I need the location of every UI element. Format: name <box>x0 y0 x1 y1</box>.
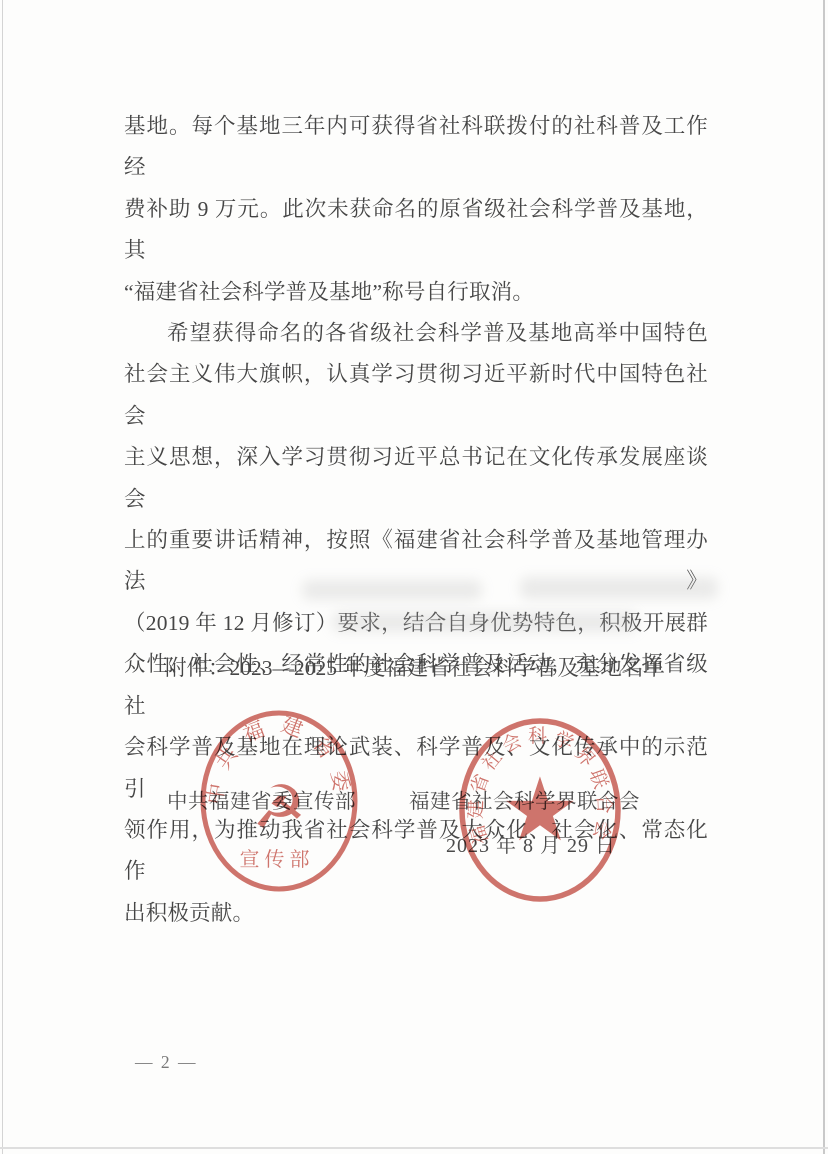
body-line: 希望获得命名的各省级社会科学普及基地高举中国特色 <box>124 313 708 354</box>
body-line: 主义思想，深入学习贯彻习近平总书记在文化传承发展座谈会 <box>124 437 708 520</box>
official-seal-left: 中共福建省委 ☭ 宣传部 <box>184 706 374 896</box>
seal-left-bottom-text: 宣传部 <box>240 848 315 871</box>
official-seal-right: 福建省社会科学界联合会 ★ <box>442 712 638 908</box>
star-icon: ★ <box>501 758 580 861</box>
scan-edge-line-right <box>823 0 825 1154</box>
page-number: — 2 — <box>135 1052 198 1073</box>
scan-edge-line-left <box>2 0 3 1154</box>
body-line: 费补助 9 万元。此次未获命名的原省级社会科学普及基地，其 <box>124 189 708 272</box>
bleed-through-artifact <box>332 612 638 632</box>
body-line: “福建省社会科学普及基地”称号自行取消。 <box>124 272 708 313</box>
bleed-through-artifact <box>302 580 482 600</box>
scanned-document-page: 基地。每个基地三年内可获得省社科联拨付的社科普及工作经 费补助 9 万元。此次未… <box>0 0 828 1154</box>
body-line: 社会主义伟大旗帜，认真学习贯彻习近平新时代中国特色社会 <box>124 354 708 437</box>
body-line: 基地。每个基地三年内可获得省社科联拨付的社科普及工作经 <box>124 106 708 189</box>
hammer-sickle-icon: ☭ <box>252 773 306 843</box>
attachment-line: 附件：2023—2025 年度福建省社会科学普及基地名单 <box>124 648 724 689</box>
scan-edge-line-bottom <box>0 1147 828 1149</box>
bleed-through-artifact <box>520 577 718 599</box>
